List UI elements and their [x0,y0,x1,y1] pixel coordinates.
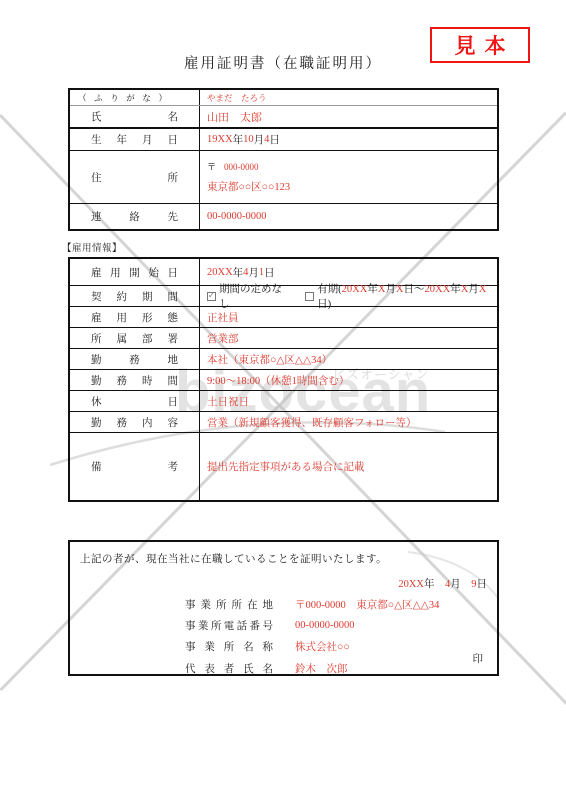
field-label: 住所 [70,151,200,203]
field-value: 提出先指定事項がある場合に記載 [200,433,497,500]
page-title: 雇用証明書（在職証明用） [0,52,566,73]
table-row-notes: 備考 提出先指定事項がある場合に記載 [70,432,497,500]
department-label: 所属部署 [91,331,178,346]
address-value: 東京都○○区○○123 [207,179,290,194]
checkbox-checked-icon: ✓ [207,292,216,301]
field-value: 土日祝日 [200,391,497,411]
table-row-furigana: （ふりがな） やまだ たろう [70,90,497,105]
representative-value: 鈴木 次郎 [295,661,348,676]
company-address-value: 〒000-0000 東京都○△区△△34 [295,597,439,612]
company-phone-value: 00-0000-0000 [295,620,355,631]
field-value: 9:00～18:00（休憩1時間含む） [200,370,497,390]
postal-code-line: 〒000-0000 [207,160,259,173]
company-phone-row: 事業所電話番号 00-0000-0000 [185,615,497,636]
check-icon: ✓ [208,292,216,301]
name-label: 氏名 [91,109,178,124]
certification-box: 上記の者が、現在当社に在職していることを証明いたします。 20XX年 4月 9日… [68,540,499,676]
furigana-label: （ふりがな） [78,92,167,104]
address-label: 住所 [91,170,178,185]
employment-type-label: 雇用形態 [91,310,178,325]
holiday-label: 休日 [91,394,178,409]
field-value: ✓ 期間の定めなし 有期(20XX年X月X日～20XX年X月X日) [200,286,497,306]
representative-label: 代表者氏名 [185,661,273,676]
start-date-label: 雇用開始日 [91,265,178,280]
field-value: 営業部 [200,328,497,348]
field-label: 雇用形態 [70,307,200,327]
company-address-row: 事業所所在地 〒000-0000 東京都○△区△△34 [185,594,497,615]
notes-label: 備考 [91,459,178,474]
table-row-duties: 勤務内容 営業（新規顧客獲得、既存顧客フォロー等） [70,411,497,432]
field-label: 氏名 [70,106,200,127]
personal-info-table: （ふりがな） やまだ たろう 氏名 山田 太郎 生年月日 19XX年10月4日 … [68,88,499,231]
duties-label: 勤務内容 [91,415,178,430]
table-row-holiday: 休日 土日祝日 [70,390,497,411]
company-name-value: 株式会社○○ [295,639,350,654]
company-name-row: 事業所名称 株式会社○○ [185,636,497,657]
postal-mark: 〒 [207,162,216,172]
field-value: 00-0000-0000 [200,204,497,229]
seal-mark: 印 [473,651,484,666]
field-value: やまだ たろう [200,90,497,105]
field-value: 本社（東京都○△区△△34） [200,349,497,369]
field-label: 生年月日 [70,129,200,150]
employment-info-table: 雇用開始日 20XX年4月1日 契約期間 ✓ 期間の定めなし 有期(20XX年X… [68,257,499,502]
field-label: 連絡先 [70,204,200,229]
field-label: 休日 [70,391,200,411]
field-value: 19XX年10月4日 [200,129,497,150]
table-row-contact: 連絡先 00-0000-0000 [70,203,497,229]
table-row-work-location: 勤務地 本社（東京都○△区△△34） [70,348,497,369]
representative-row: 代表者氏名 鈴木 次郎 [185,658,497,679]
field-label: 雇用開始日 [70,259,200,285]
checkbox-unchecked-icon [305,292,314,301]
birthdate-label: 生年月日 [91,132,178,147]
table-row-name: 氏名 山田 太郎 [70,105,497,127]
field-label: （ふりがな） [70,90,200,105]
work-location-label: 勤務地 [91,352,178,367]
table-row-birthdate: 生年月日 19XX年10月4日 [70,127,497,150]
field-label: 契約期間 [70,286,200,306]
table-row-address: 住所 〒000-0000 東京都○○区○○123 [70,150,497,203]
field-label: 所属部署 [70,328,200,348]
contract-period-label: 契約期間 [91,289,178,304]
field-label: 勤務内容 [70,412,200,432]
field-label: 勤務地 [70,349,200,369]
field-value: 山田 太郎 [200,106,497,127]
field-value: 正社員 [200,307,497,327]
work-hours-label: 勤務時間 [91,373,178,388]
document-page: bizocean ビズオーシャン 見本 雇用証明書（在職証明用） （ふりがな） … [0,0,566,800]
postal-code-value: 000-0000 [224,162,259,172]
company-phone-label: 事業所電話番号 [185,618,273,633]
employment-section-label: 【雇用情報】 [62,240,122,254]
contact-label: 連絡先 [91,209,178,224]
field-value: 営業（新規顧客獲得、既存顧客フォロー等） [200,412,497,432]
company-info-rows: 事業所所在地 〒000-0000 東京都○△区△△34 事業所電話番号 00-0… [185,594,497,679]
table-row-contract-period: 契約期間 ✓ 期間の定めなし 有期(20XX年X月X日～20XX年X月X日) [70,285,497,306]
field-label: 備考 [70,433,200,500]
company-address-label: 事業所所在地 [185,597,273,612]
table-row-department: 所属部署 営業部 [70,327,497,348]
company-name-label: 事業所名称 [185,639,273,654]
certification-statement: 上記の者が、現在当社に在職していることを証明いたします。 [80,551,387,566]
table-row-work-hours: 勤務時間 9:00～18:00（休憩1時間含む） [70,369,497,390]
field-label: 勤務時間 [70,370,200,390]
certification-date: 20XX年 4月 9日 [398,576,487,591]
table-row-employment-type: 雇用形態 正社員 [70,306,497,327]
field-value: 〒000-0000 東京都○○区○○123 [200,151,497,203]
